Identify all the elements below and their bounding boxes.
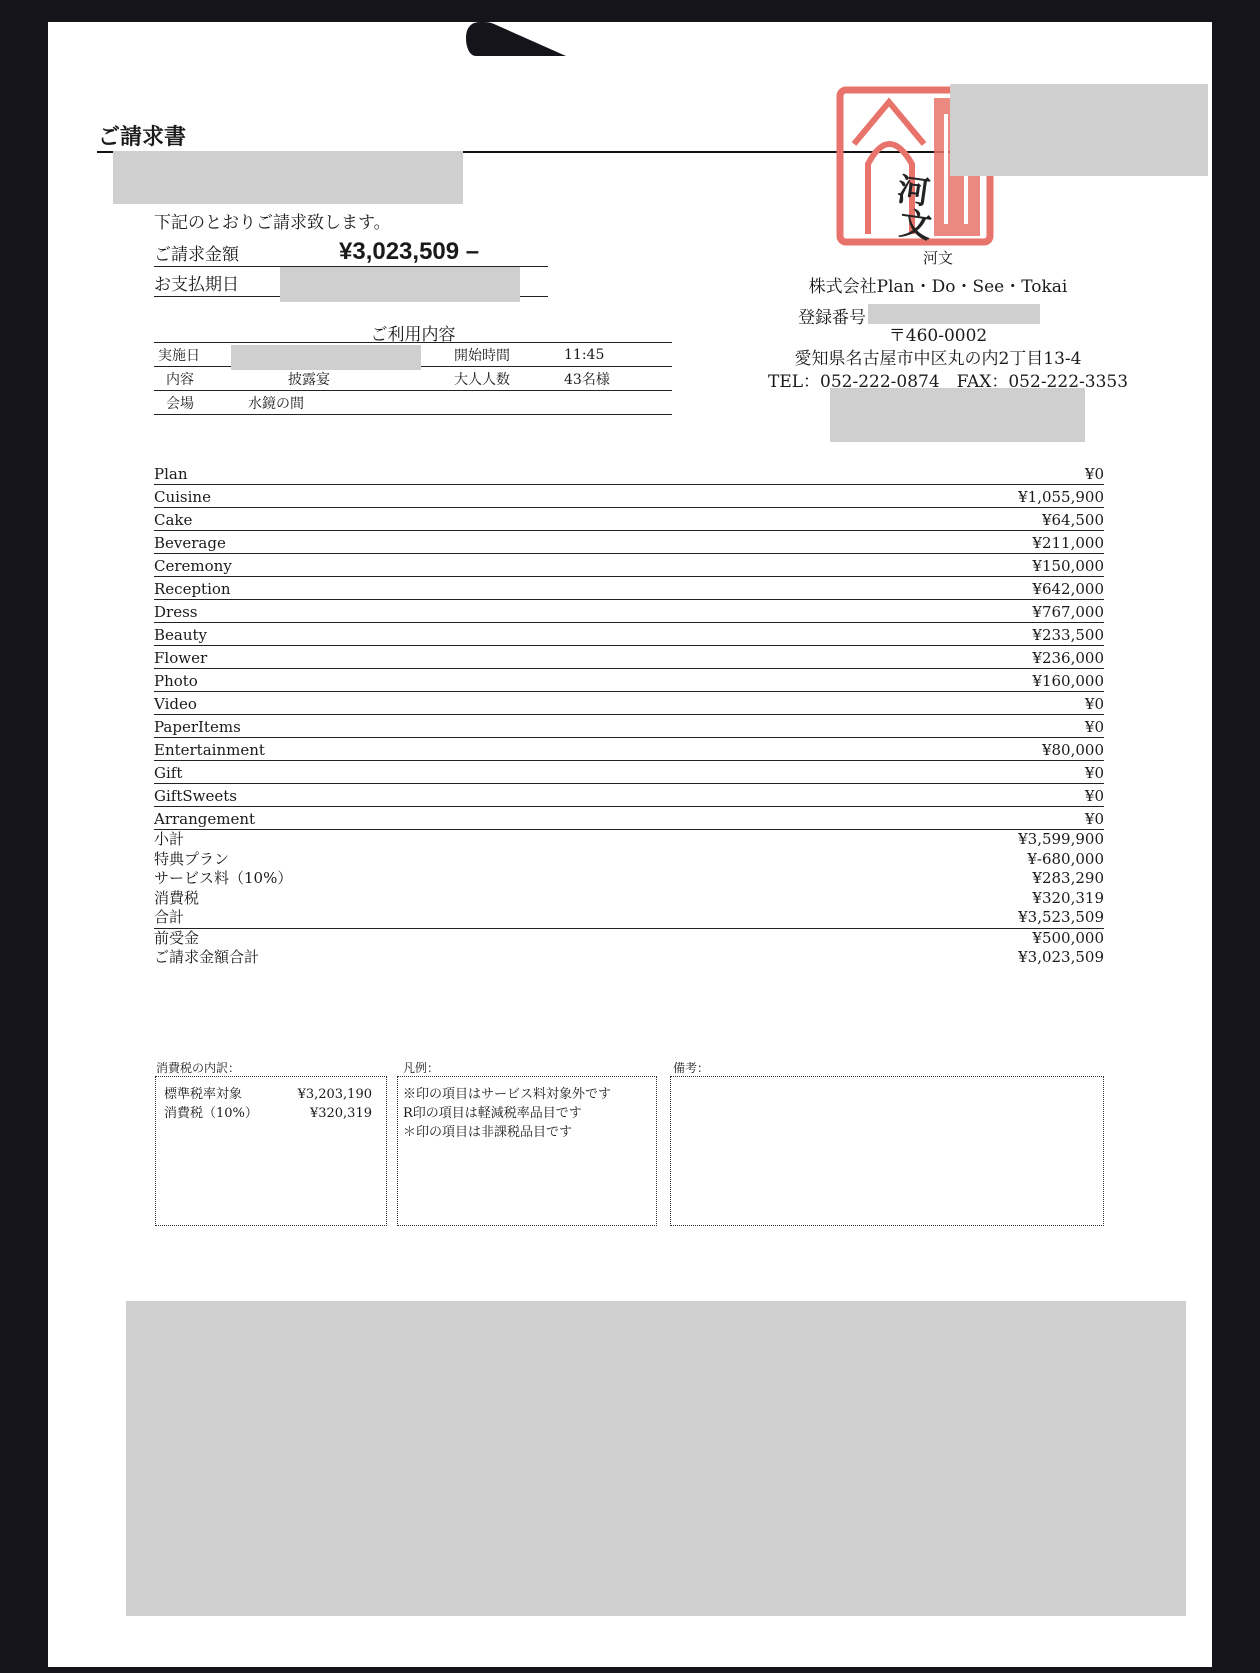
redacted-bottom-section	[126, 1301, 1186, 1616]
line-item-label: Arrangement	[154, 808, 255, 830]
line-item-amount: ¥80,000	[1042, 739, 1104, 761]
tax-row-label: 標準税率対象	[164, 1087, 242, 1102]
summary-row: ご請求金額合計¥3,023,509	[154, 948, 1104, 968]
tax-breakdown-box: 標準税率対象 ¥3,203,190 消費税（10%） ¥320,319	[155, 1076, 387, 1226]
summary-row: 前受金¥500,000	[154, 929, 1104, 949]
redacted-company-logo	[950, 84, 1208, 176]
line-item-label: Dress	[154, 601, 197, 623]
usage-value: 水鏡の間	[228, 391, 438, 415]
usage-row: 内容 披露宴 大人人数 43名様	[154, 367, 672, 391]
company-address: 愛知県名古屋市中区丸の内2丁目13-4	[728, 348, 1148, 371]
line-item-row: Cuisine¥1,055,900	[154, 485, 1104, 508]
line-item-row: Photo¥160,000	[154, 669, 1104, 692]
summary-label: サービス料（10%）	[154, 869, 292, 889]
line-item-amount: ¥767,000	[1032, 601, 1104, 623]
line-item-row: Flower¥236,000	[154, 646, 1104, 669]
line-item-row: GiftSweets¥0	[154, 784, 1104, 807]
summary-label: ご請求金額合計	[154, 948, 259, 968]
summary-row: 消費税¥320,319	[154, 889, 1104, 909]
page-tab-shape	[466, 22, 566, 56]
summary-label: 前受金	[154, 929, 199, 949]
line-item-row: Beauty¥233,500	[154, 623, 1104, 646]
line-item-amount: ¥0	[1085, 716, 1104, 738]
usage-label: 大人人数	[438, 367, 564, 391]
usage-label: 内容	[154, 367, 228, 391]
line-item-amount: ¥160,000	[1032, 670, 1104, 692]
usage-value: 11:45	[564, 343, 672, 367]
postal-code: 〒460-0002	[728, 325, 1148, 348]
company-name: 株式会社Plan・Do・See・Tokai	[728, 276, 1148, 299]
intro-text: 下記のとおりご請求致します。	[154, 208, 391, 233]
line-item-row: Entertainment¥80,000	[154, 738, 1104, 761]
summary-row: 特典プラン¥-680,000	[154, 850, 1104, 870]
line-item-row: Arrangement¥0	[154, 807, 1104, 830]
line-item-row: Cake¥64,500	[154, 508, 1104, 531]
item-list: Plan¥0Cuisine¥1,055,900Cake¥64,500Bevera…	[154, 462, 1104, 968]
usage-row: 会場 水鏡の間	[154, 391, 672, 415]
line-item-amount: ¥0	[1085, 463, 1104, 485]
summary-label: 合計	[154, 908, 184, 928]
payment-due-label: お支払期日	[154, 270, 239, 295]
summary-row: サービス料（10%）¥283,290	[154, 869, 1104, 889]
billing-amount-row: ご請求金額 ¥3,023,509 –	[154, 238, 548, 267]
line-item-label: Reception	[154, 578, 231, 600]
line-item-label: Beauty	[154, 624, 207, 646]
line-item-label: Ceremony	[154, 555, 232, 577]
line-item-amount: ¥0	[1085, 693, 1104, 715]
legend-line: ＊印の項目は非課税品目です	[403, 1123, 611, 1142]
usage-label: 実施日	[154, 343, 228, 367]
line-item-label: Flower	[154, 647, 207, 669]
usage-label: 開始時間	[438, 343, 564, 367]
redacted-registration-number	[868, 304, 1040, 324]
tax-breakdown-label: 消費税の内訳：	[156, 1059, 240, 1076]
usage-label	[438, 391, 564, 415]
summary-label: 特典プラン	[154, 850, 229, 870]
summary-amount: ¥320,319	[1032, 889, 1104, 909]
line-item-amount: ¥0	[1085, 762, 1104, 784]
tax-row-value: ¥3,203,190	[298, 1085, 372, 1104]
line-item-row: PaperItems¥0	[154, 715, 1104, 738]
billing-amount-label: ご請求金額	[154, 240, 239, 265]
redacted-recipient	[113, 151, 463, 204]
seal-name: 河文	[728, 247, 1148, 270]
summary-amount: ¥3,023,509	[1018, 948, 1104, 968]
remarks-box	[670, 1076, 1104, 1226]
line-item-row: Reception¥642,000	[154, 577, 1104, 600]
redacted-payment-due	[280, 267, 520, 302]
line-item-label: Gift	[154, 762, 182, 784]
redacted-event-date	[231, 345, 421, 370]
line-item-row: Beverage¥211,000	[154, 531, 1104, 554]
line-item-row: Plan¥0	[154, 462, 1104, 485]
line-item-row: Video¥0	[154, 692, 1104, 715]
usage-label: 会場	[154, 391, 228, 415]
tax-row-label: 消費税（10%）	[164, 1106, 258, 1121]
remarks-text	[671, 1077, 1103, 1093]
line-item-amount: ¥0	[1085, 785, 1104, 807]
redacted-contact	[830, 388, 1085, 442]
summary-amount: ¥3,523,509	[1018, 908, 1104, 928]
line-item-amount: ¥150,000	[1032, 555, 1104, 577]
line-item-amount: ¥642,000	[1032, 578, 1104, 600]
line-item-amount: ¥1,055,900	[1018, 486, 1104, 508]
line-item-amount: ¥211,000	[1032, 532, 1104, 554]
line-item-row: Dress¥767,000	[154, 600, 1104, 623]
line-item-label: Photo	[154, 670, 198, 692]
summary-amount: ¥500,000	[1032, 929, 1104, 949]
line-item-amount: ¥233,500	[1032, 624, 1104, 646]
invoice-page: ご請求書 下記のとおりご請求致します。 ご請求金額 ¥3,023,509 – お…	[48, 22, 1212, 1667]
legend-box: ※印の項目はサービス料対象外です R印の項目は軽減税率品目です ＊印の項目は非課…	[397, 1076, 657, 1226]
svg-text:文: 文	[897, 204, 934, 246]
line-item-label: Cuisine	[154, 486, 211, 508]
summary-amount: ¥3,599,900	[1018, 830, 1104, 850]
line-item-label: Video	[154, 693, 197, 715]
summary-row: 小計¥3,599,900	[154, 830, 1104, 850]
usage-value	[564, 391, 672, 415]
summary-amount: ¥-680,000	[1027, 850, 1104, 870]
billing-amount-value: ¥3,023,509 –	[339, 238, 479, 266]
summary-row: 合計¥3,523,509	[154, 908, 1104, 929]
line-item-amount: ¥64,500	[1042, 509, 1104, 531]
usage-value: 披露宴	[228, 367, 438, 391]
usage-value: 43名様	[564, 367, 672, 391]
document-title: ご請求書	[98, 120, 186, 151]
line-item-label: Entertainment	[154, 739, 265, 761]
line-item-label: Plan	[154, 463, 188, 485]
line-item-amount: ¥0	[1085, 808, 1104, 830]
remarks-label: 備考：	[673, 1059, 709, 1076]
summary-amount: ¥283,290	[1032, 869, 1104, 889]
line-item-row: Ceremony¥150,000	[154, 554, 1104, 577]
line-item-amount: ¥236,000	[1032, 647, 1104, 669]
legend-line: R印の項目は軽減税率品目です	[403, 1104, 611, 1123]
summary-label: 消費税	[154, 889, 199, 909]
line-item-row: Gift¥0	[154, 761, 1104, 784]
line-item-label: Cake	[154, 509, 192, 531]
summary-label: 小計	[154, 830, 184, 850]
legend-line: ※印の項目はサービス料対象外です	[403, 1085, 611, 1104]
line-item-label: PaperItems	[154, 716, 241, 738]
legend-label: 凡例：	[403, 1059, 439, 1076]
line-item-label: Beverage	[154, 532, 226, 554]
line-item-label: GiftSweets	[154, 785, 237, 807]
tax-row-value: ¥320,319	[310, 1104, 372, 1123]
